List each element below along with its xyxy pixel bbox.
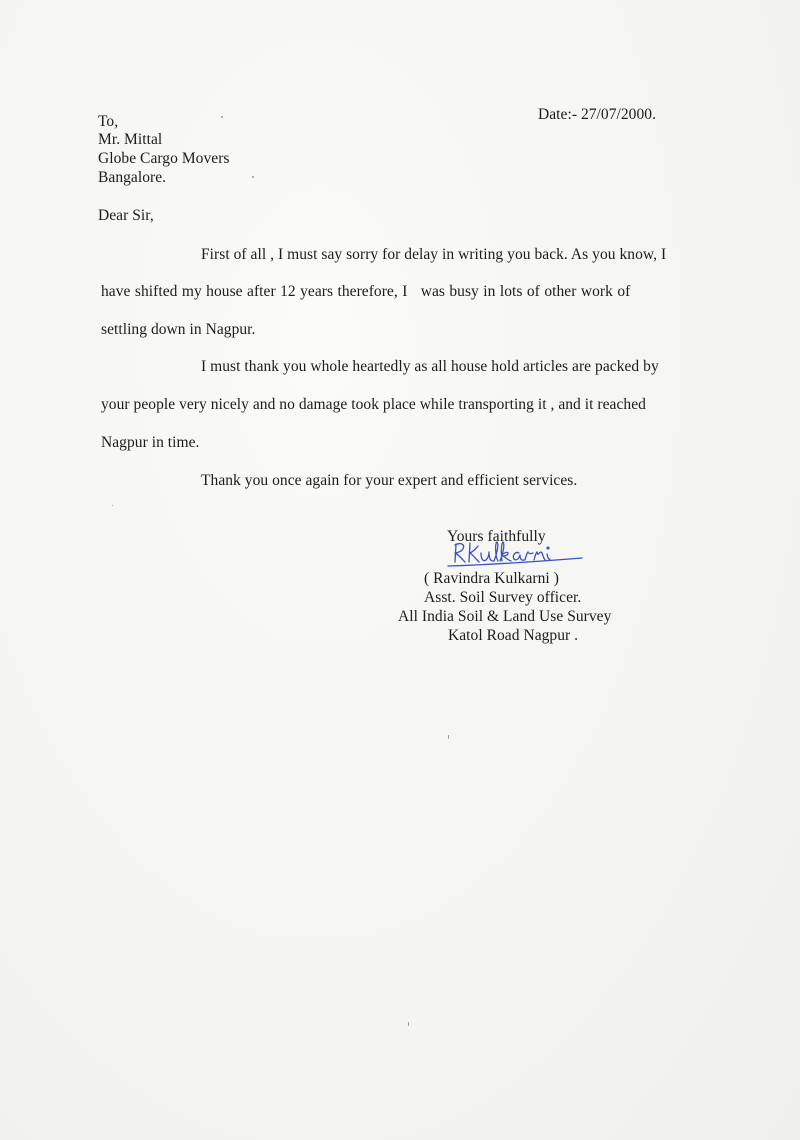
paragraph-1-line-3: settling down in Nagpur. [101, 321, 255, 339]
sender-address: Katol Road Nagpur . [448, 627, 578, 645]
paper-speck [252, 176, 254, 178]
paragraph-1-line-2: have shifted my house after 12 years the… [101, 283, 630, 301]
paragraph-2-line-3: Nagpur in time. [101, 434, 199, 452]
recipient-city: Bangalore. [98, 169, 166, 187]
paper-speck [448, 735, 449, 739]
recipient-to: To, [98, 113, 118, 131]
letter-date: Date:- 27/07/2000. [538, 106, 656, 124]
sender-organization: All India Soil & Land Use Survey [398, 608, 611, 626]
recipient-name: Mr. Mittal [98, 131, 162, 149]
paragraph-3: Thank you once again for your expert and… [201, 472, 577, 490]
paper-speck [112, 505, 113, 506]
sender-name: ( Ravindra Kulkarni ) [424, 570, 559, 588]
paragraph-2-line-1: I must thank you whole heartedly as all … [201, 358, 659, 376]
salutation: Dear Sir, [98, 207, 154, 225]
sender-designation: Asst. Soil Survey officer. [424, 589, 581, 607]
paragraph-2-line-2: your people very nicely and no damage to… [101, 396, 646, 414]
paper-speck [408, 1022, 409, 1026]
paper-speck [221, 116, 223, 118]
paragraph-1-line-1: First of all , I must say sorry for dela… [201, 246, 666, 264]
letter-page: Date:- 27/07/2000. To, Mr. Mittal Globe … [0, 0, 800, 1140]
recipient-company: Globe Cargo Movers [98, 150, 229, 168]
